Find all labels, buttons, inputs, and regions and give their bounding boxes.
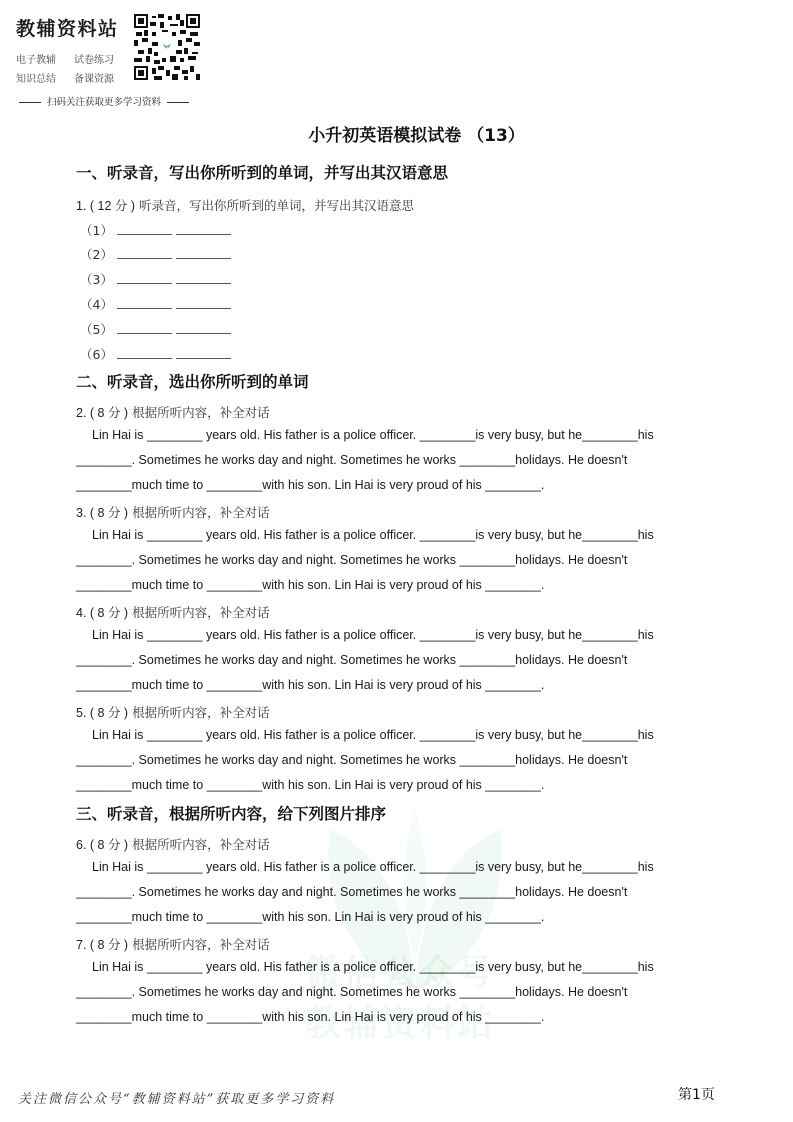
answer-row: （4） (80, 295, 231, 313)
answer-blank[interactable] (176, 348, 231, 359)
answer-row: （2） (80, 245, 231, 263)
passage-line: ________much time to ________with his so… (76, 678, 544, 692)
passage-line: Lin Hai is ________ years old. His fathe… (92, 728, 654, 742)
answer-row: （6） (80, 345, 231, 363)
passage-line: Lin Hai is ________ years old. His fathe… (92, 860, 654, 874)
brand-link: 试卷练习 (74, 51, 132, 66)
question-header: 7. ( 8 分 ) 根据所听内容，补全对话 (76, 935, 270, 953)
passage-line: ________much time to ________with his so… (76, 910, 544, 924)
footer-promo: 关注微信公众号“教辅资料站”获取更多学习资料 (18, 1088, 335, 1107)
tagline-text: 扫码关注获取更多学习资料 (47, 97, 161, 108)
answer-blank[interactable] (117, 348, 172, 359)
question-header: 3. ( 8 分 ) 根据所听内容，补全对话 (76, 503, 270, 521)
answer-blank[interactable] (117, 323, 172, 334)
brand-block: 教辅资料站 电子教辅 试卷练习 知识总结 备课资源 (16, 14, 132, 85)
question-header: 2. ( 8 分 ) 根据所听内容，补全对话 (76, 403, 270, 421)
page-number: 第1页 (678, 1084, 715, 1104)
passage-line: Lin Hai is ________ years old. His fathe… (92, 528, 654, 542)
question-header: 5. ( 8 分 ) 根据所听内容，补全对话 (76, 703, 270, 721)
brand-link: 电子教辅 (16, 51, 74, 66)
answer-blank[interactable] (117, 298, 172, 309)
passage-line: ________much time to ________with his so… (76, 778, 544, 792)
answer-blank[interactable] (176, 248, 231, 259)
passage-line: Lin Hai is ________ years old. His fathe… (92, 428, 654, 442)
passage-line: ________much time to ________with his so… (76, 478, 544, 492)
passage-line: ________. Sometimes he works day and nig… (76, 985, 627, 999)
brand-links: 电子教辅 试卷练习 知识总结 备课资源 (16, 51, 132, 85)
tagline: 扫码关注获取更多学习资料 (16, 94, 192, 108)
passage-line: Lin Hai is ________ years old. His fathe… (92, 628, 654, 642)
brand-name: 教辅资料站 (16, 14, 132, 41)
question-header: 6. ( 8 分 ) 根据所听内容，补全对话 (76, 835, 270, 853)
passage-line: ________. Sometimes he works day and nig… (76, 553, 627, 567)
passage-line: ________. Sometimes he works day and nig… (76, 753, 627, 767)
divider (167, 102, 189, 103)
brand-link: 备课资源 (74, 70, 132, 85)
answer-blank[interactable] (176, 323, 231, 334)
section-heading: 二、听录音，选出你所听到的单词 (76, 370, 309, 392)
answer-blank[interactable] (176, 298, 231, 309)
answer-row: （3） (80, 270, 231, 288)
answer-blank[interactable] (176, 273, 231, 284)
passage-line: ________much time to ________with his so… (76, 1010, 544, 1024)
answer-blank[interactable] (117, 273, 172, 284)
question-header: 4. ( 8 分 ) 根据所听内容，补全对话 (76, 603, 270, 621)
question-header: 1. ( 12 分 ) 听录音，写出你所听到的单词，并写出其汉语意思 (76, 196, 414, 214)
answer-blank[interactable] (117, 248, 172, 259)
passage-line: Lin Hai is ________ years old. His fathe… (92, 960, 654, 974)
passage-line: ________much time to ________with his so… (76, 578, 544, 592)
passage-line: ________. Sometimes he works day and nig… (76, 653, 627, 667)
answer-row: （1） (80, 221, 231, 239)
passage-line: ________. Sometimes he works day and nig… (76, 885, 627, 899)
divider (19, 102, 41, 103)
answer-blank[interactable] (117, 224, 172, 235)
passage-line: ________. Sometimes he works day and nig… (76, 453, 627, 467)
page-title: 小升初英语模拟试卷 （13） (0, 121, 793, 146)
answer-blank[interactable] (176, 224, 231, 235)
brand-link: 知识总结 (16, 70, 74, 85)
section-heading: 一、听录音，写出你所听到的单词，并写出其汉语意思 (76, 161, 448, 183)
answer-row: （5） (80, 320, 231, 338)
section-heading: 三、听录音，根据所听内容，给下列图片排序 (76, 802, 386, 824)
qr-code-icon (134, 14, 200, 80)
